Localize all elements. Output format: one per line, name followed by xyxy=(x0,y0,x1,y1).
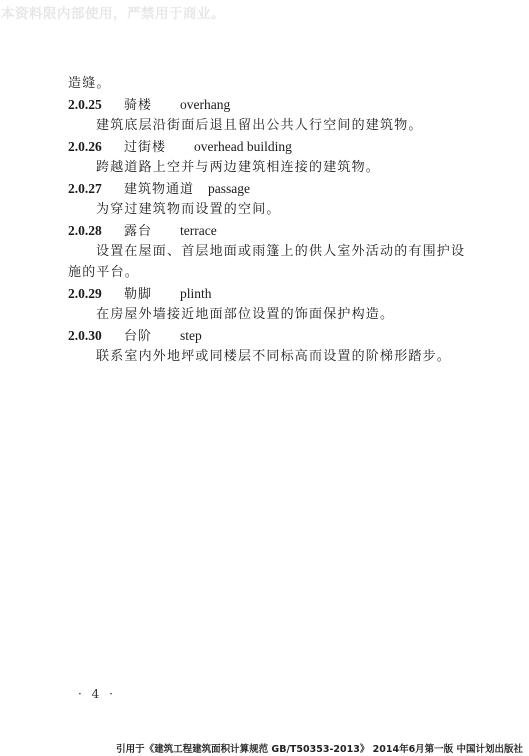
entry-number: 2.0.29 xyxy=(68,283,124,304)
entry-term: 过街楼 xyxy=(124,137,194,158)
continuation-text: 造缝。 xyxy=(68,73,488,94)
entry-number: 2.0.25 xyxy=(68,94,124,115)
entry-definition: 设置在屋面、首层地面或雨篷上的供人室外活动的有围护设 xyxy=(68,241,488,262)
entry-definition-continued: 施的平台。 xyxy=(68,262,488,283)
entry-english: overhead building xyxy=(194,139,292,154)
entry-number: 2.0.26 xyxy=(68,136,124,157)
entry-heading: 2.0.25骑楼overhang xyxy=(68,94,488,115)
entry-term: 露台 xyxy=(124,221,180,242)
entry-heading: 2.0.30台阶step xyxy=(68,325,488,346)
entry-definition: 建筑底层沿街面后退且留出公共人行空间的建筑物。 xyxy=(68,115,488,136)
entry-definition: 为穿过建筑物而设置的空间。 xyxy=(68,199,488,220)
entry-english: plinth xyxy=(180,286,212,301)
entry-term: 台阶 xyxy=(124,326,180,347)
entry-number: 2.0.27 xyxy=(68,178,124,199)
watermark: 本资料限内部使用，严禁用于商业。 xyxy=(1,2,225,22)
entry-heading: 2.0.26过街楼overhead building xyxy=(68,136,488,157)
document-body: 造缝。 2.0.25骑楼overhang 建筑底层沿街面后退且留出公共人行空间的… xyxy=(68,73,488,367)
entry-heading: 2.0.29勒脚plinth xyxy=(68,283,488,304)
entry-definition: 跨越道路上空并与两边建筑相连接的建筑物。 xyxy=(68,157,488,178)
entry-definition: 联系室内外地坪或同楼层不同标高而设置的阶梯形踏步。 xyxy=(68,346,488,367)
entry-number: 2.0.28 xyxy=(68,220,124,241)
entry-heading: 2.0.28露台terrace xyxy=(68,220,488,241)
entry-heading: 2.0.27建筑物通道passage xyxy=(68,178,488,199)
entry-english: terrace xyxy=(180,223,217,238)
entry-term: 建筑物通道 xyxy=(124,179,208,200)
entry-english: overhang xyxy=(180,97,230,112)
entry-definition: 在房屋外墙接近地面部位设置的饰面保护构造。 xyxy=(68,304,488,325)
page-number: · 4 · xyxy=(78,687,116,701)
entry-term: 勒脚 xyxy=(124,284,180,305)
entry-term: 骑楼 xyxy=(124,95,180,116)
entry-english: step xyxy=(180,328,202,343)
entry-english: passage xyxy=(208,181,250,196)
entry-number: 2.0.30 xyxy=(68,325,124,346)
citation-footer: 引用于《建筑工程建筑面积计算规范 GB/T50353-2013》 2014年6月… xyxy=(116,741,523,755)
